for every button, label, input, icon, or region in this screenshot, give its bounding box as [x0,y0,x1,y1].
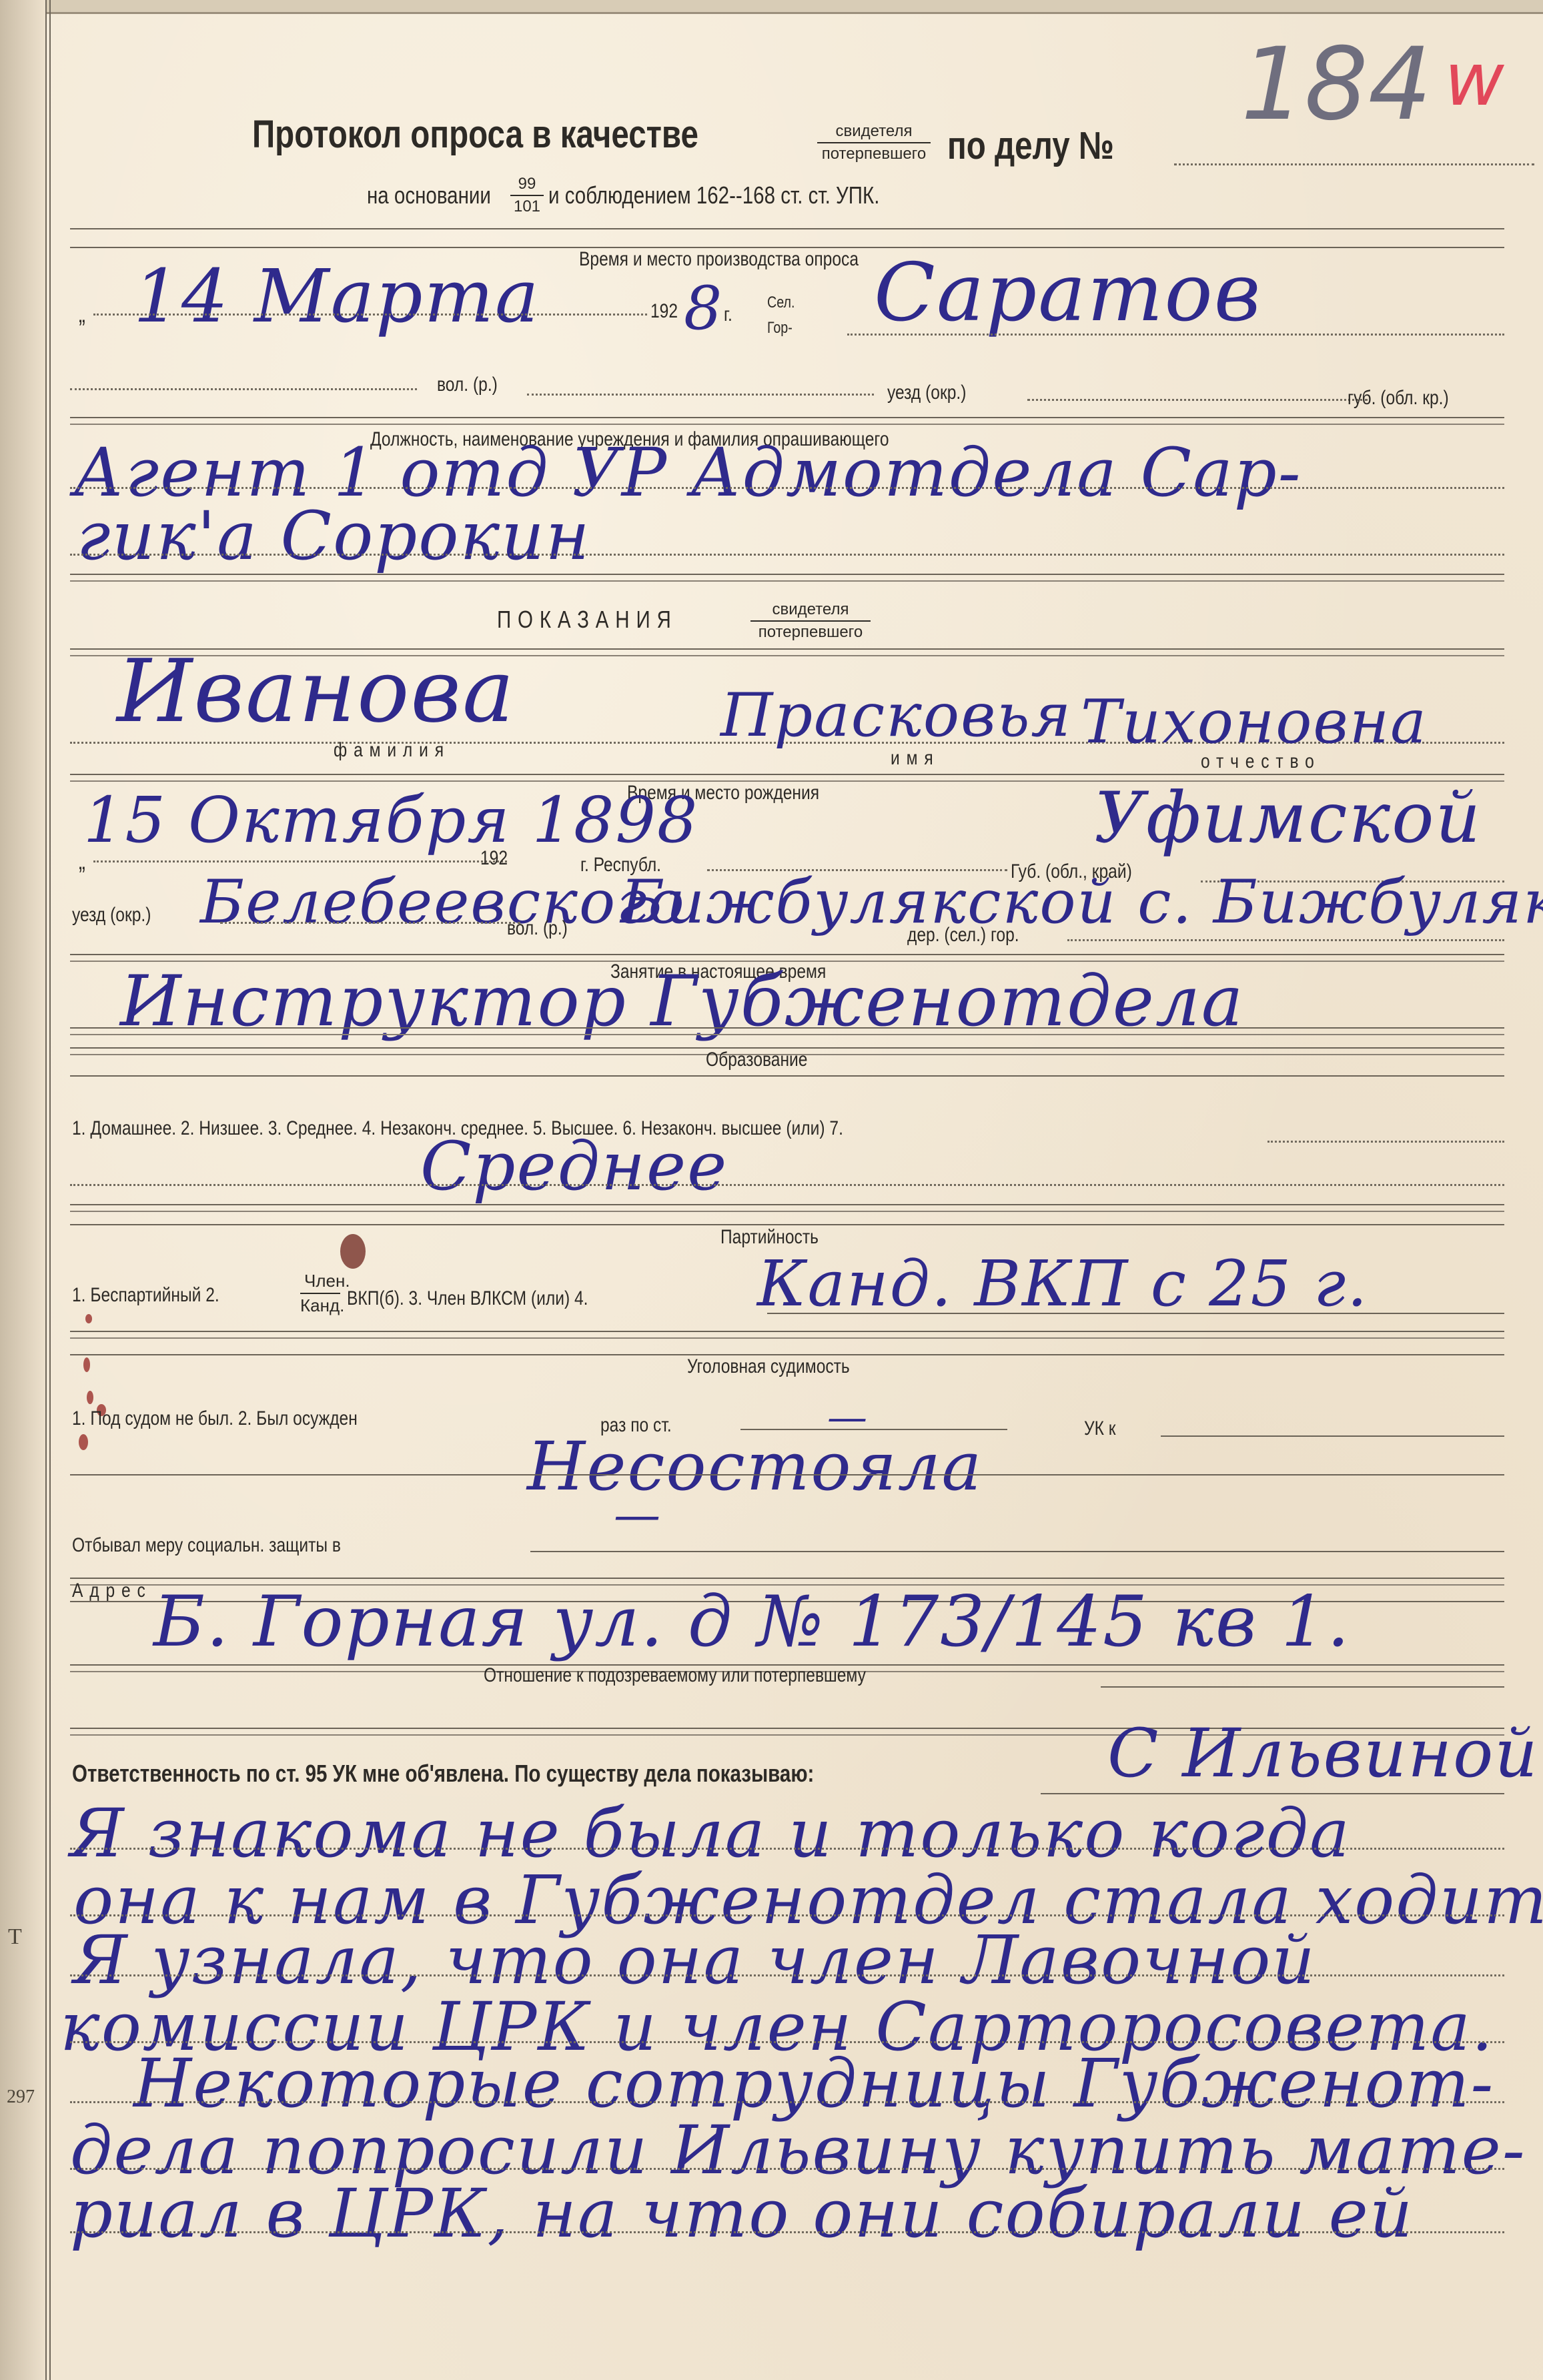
form-title-part1: Протокол опроса в качестве [252,112,698,157]
date-field-line [93,314,647,316]
divider [70,1331,1504,1339]
party-frac-candidate: Канд. [300,1294,340,1316]
quote-mark: „ [79,847,85,875]
testimony-fraction: свидетеля потерпевшего [750,600,871,642]
ink-speck [85,1314,92,1323]
document-page: T 297 184 w Протокол опроса в качестве с… [0,0,1543,2380]
relation-section-label: Отношение к подозреваемому или потерпевш… [484,1664,866,1687]
first-name-label: имя [891,747,940,770]
uezd-label: уезд (окр.) [887,382,966,404]
uk-label: УК к [1084,1417,1116,1440]
social-defense-label: Отбывал меру социальн. защиты в [72,1534,341,1557]
margin-mark-t: T [8,1924,22,1950]
criminal-record-options: 1. Под судом не был. 2. Был осужден [72,1407,358,1430]
birth-vol-label: вол. (р.) [507,917,568,940]
party-option-2: ВКП(б). 3. Член ВЛКСМ (или) 4. [347,1287,588,1310]
gub-field-line [1027,399,1368,401]
year-prefix: 192 [650,300,678,323]
party-section-label: Партийность [720,1226,819,1249]
archive-page-number: 184 [1241,27,1432,143]
birth-vol-handwritten: Бижбулякской с. Бижбуляк [620,867,1543,937]
vol-field-line [70,388,417,390]
year-suffix: г. [724,304,732,326]
red-pencil-mark: w [1444,37,1504,122]
criminal-record-handwritten: Несостояла [527,1427,983,1506]
gor-label: Гор- [767,319,793,338]
party-fraction: Член. Канд. [300,1271,340,1316]
form-title-part2: по делу № [947,123,1114,168]
birth-year-prefix: 192 [480,847,508,870]
divider [70,1204,1504,1212]
der-field-line [1067,939,1504,941]
party-frac-member: Член. [300,1271,340,1294]
page-top-edge [0,0,1543,14]
field-line [70,554,1504,556]
party-option-1: 1. Беспартийный 2. [72,1284,219,1307]
birth-date-handwritten: 15 Октября 1898 [83,784,698,857]
field-line [70,487,1504,489]
statement-line [70,1974,1504,1976]
relation-field-line [1101,1686,1504,1688]
ink-stain [340,1234,366,1269]
divider [70,1075,1504,1077]
margin-line [45,0,47,2380]
patronymic-handwritten: Тихоновна [1081,687,1428,757]
gub-label: губ. (обл. кр.) [1348,387,1449,410]
birth-gub-handwritten: Уфимской [1094,777,1482,858]
statement-line [70,1914,1504,1916]
case-number-field [1174,163,1534,165]
basis-frac-top: 99 [510,175,544,196]
title-fraction: свидетеля потерпевшего [817,122,931,163]
empty-field-dash-handwritten: — [614,1487,662,1542]
interview-date-handwritten: 14 Марта [133,253,540,339]
divider [70,417,1504,425]
divider [70,1224,1504,1225]
uezd-field-line [220,922,520,924]
address-label: Адрес [72,1580,152,1602]
statement-line [70,2041,1504,2043]
interview-place-handwritten: Саратов [874,247,1262,340]
place-field-line [847,334,1504,336]
party-handwritten: Канд. ВКП с 25 г. [757,1247,1368,1321]
margin-line [49,0,51,2380]
social-defense-field-line [530,1551,1504,1552]
basis-frac-bottom: 101 [510,196,544,216]
interview-year-handwritten: 8 [684,273,723,344]
divider [70,1027,1504,1035]
education-handwritten: Среднее [420,1127,728,1205]
statement-line [70,2231,1504,2233]
ink-speck [83,1357,90,1372]
testimony-section-label: ПОКАЗАНИЯ [497,606,678,634]
statement-line [70,2168,1504,2170]
sel-label: Сел. [767,293,795,312]
birth-der-label: дер. (сел.) гор. [907,924,1019,947]
birth-uezd-label: уезд (окр.) [72,904,151,927]
uezd-field-line [527,394,874,396]
education-section-label: Образование [706,1049,807,1071]
surname-label: фамилия [334,739,450,762]
title-frac-witness: свидетеля [817,122,931,143]
title-frac-victim: потерпевшего [817,143,931,163]
first-name-handwritten: Прасковья [720,680,1072,750]
divider [70,228,1504,229]
education-other-line [1267,1141,1504,1143]
statement-line-8: риал в ЦРК, на что они собирали ей [70,2175,1414,2253]
binding-edge [0,0,45,2380]
margin-mark-297: 297 [7,2087,35,2108]
ink-speck [79,1434,88,1450]
interview-section-label: Время и место производства опроса [579,248,859,271]
quote-mark: „ [79,300,85,328]
testimony-frac-victim: потерпевшего [750,622,871,642]
basis-text-part1: на основании [367,181,491,209]
party-field-line [767,1313,1504,1314]
statement-line-1: С Ильвиной [1107,1714,1539,1792]
surname-handwritten: Иванова [117,640,516,742]
interviewer-line2-handwritten: гик'а Сорокин [77,497,590,575]
basis-text-part2: и соблюдением 162--168 ст. ст. УПК. [548,181,879,209]
birth-uezd-handwritten: Белебеевского [200,867,686,937]
basis-fraction: 99 101 [510,175,544,216]
criminal-record-section-label: Уголовная судимость [687,1355,850,1378]
statement-line [70,1848,1504,1850]
field-line [70,1184,1504,1186]
birth-date-line [93,860,507,862]
testimony-frac-witness: свидетеля [750,600,871,622]
divider [70,574,1504,582]
statement-intro: Ответственность по ст. 95 УК мне об'явле… [72,1760,814,1788]
divider [70,1474,1504,1475]
statement-line [70,2101,1504,2103]
uk-field-line [1161,1435,1504,1437]
address-handwritten: Б. Горная ул. д № 173/145 кв 1. [153,1581,1351,1662]
ink-speck [87,1391,93,1404]
vol-label: вол. (р.) [437,374,498,396]
patronymic-label: отчество [1201,750,1321,773]
